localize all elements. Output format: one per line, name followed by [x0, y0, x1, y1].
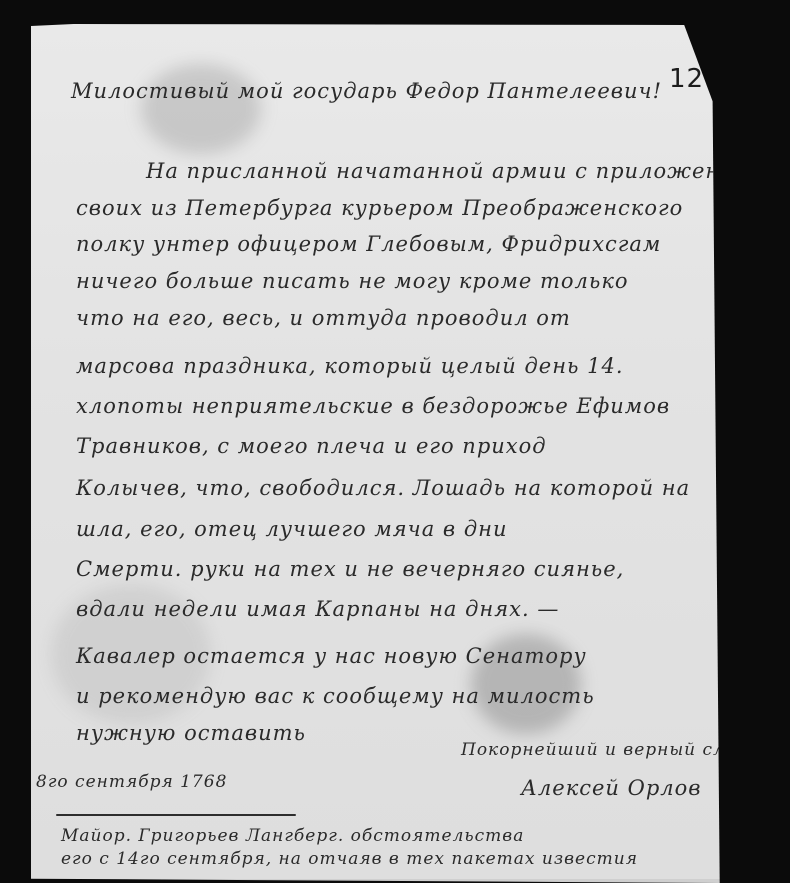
letter-page: 127 Милостивый мой государь Федор Пантел…: [31, 24, 741, 883]
postscript-line: его с 14го сентября, на отчаяв в тех пак…: [61, 849, 638, 869]
body-line: Смерти. руки на тех и не вечерняго сиянь…: [76, 557, 624, 581]
body-line: что на его, весь, и оттуда проводил от: [76, 306, 571, 330]
date-line: 8го сентября 1768: [36, 772, 227, 792]
body-line: хлопоты неприятельские в бездорожье Ефим…: [76, 394, 670, 418]
body-line: ничего больше писать не могу кроме тольк…: [76, 269, 629, 293]
body-line: На присланной начатанной армии с приложе…: [146, 159, 767, 183]
water-stain: [141, 64, 261, 154]
salutation: Милостивый мой государь Федор Пантелееви…: [71, 79, 662, 103]
divider-flourish: [56, 814, 296, 816]
body-line: вдали недели имая Карпаны на днях. —: [76, 597, 559, 621]
postscript-line: Майор. Григорьев Лангберг. обстоятельств…: [61, 826, 524, 846]
body-line: полку унтер офицером Глебовым, Фридрихсг…: [76, 232, 661, 256]
body-line: шла, его, отец лучшего мяча в дни: [76, 517, 508, 541]
closing: Покорнейший и верный слуга: [461, 740, 756, 760]
body-line: и рекомендую вас к сообщему на милость: [76, 684, 595, 708]
body-line: своих из Петербурга курьером Преображенс…: [76, 196, 683, 220]
body-line: Кавалер остается у нас новую Сенатору: [76, 644, 587, 668]
body-line: нужную оставить: [76, 721, 306, 745]
body-line: Травников, с моего плеча и его приход: [76, 434, 547, 458]
body-line: марсова праздника, который целый день 14…: [76, 354, 624, 378]
signature: Алексей Орлов: [521, 776, 702, 800]
body-line: Колычев, что, свободился. Лошадь на кото…: [76, 476, 690, 500]
page-number: 127: [669, 64, 722, 94]
